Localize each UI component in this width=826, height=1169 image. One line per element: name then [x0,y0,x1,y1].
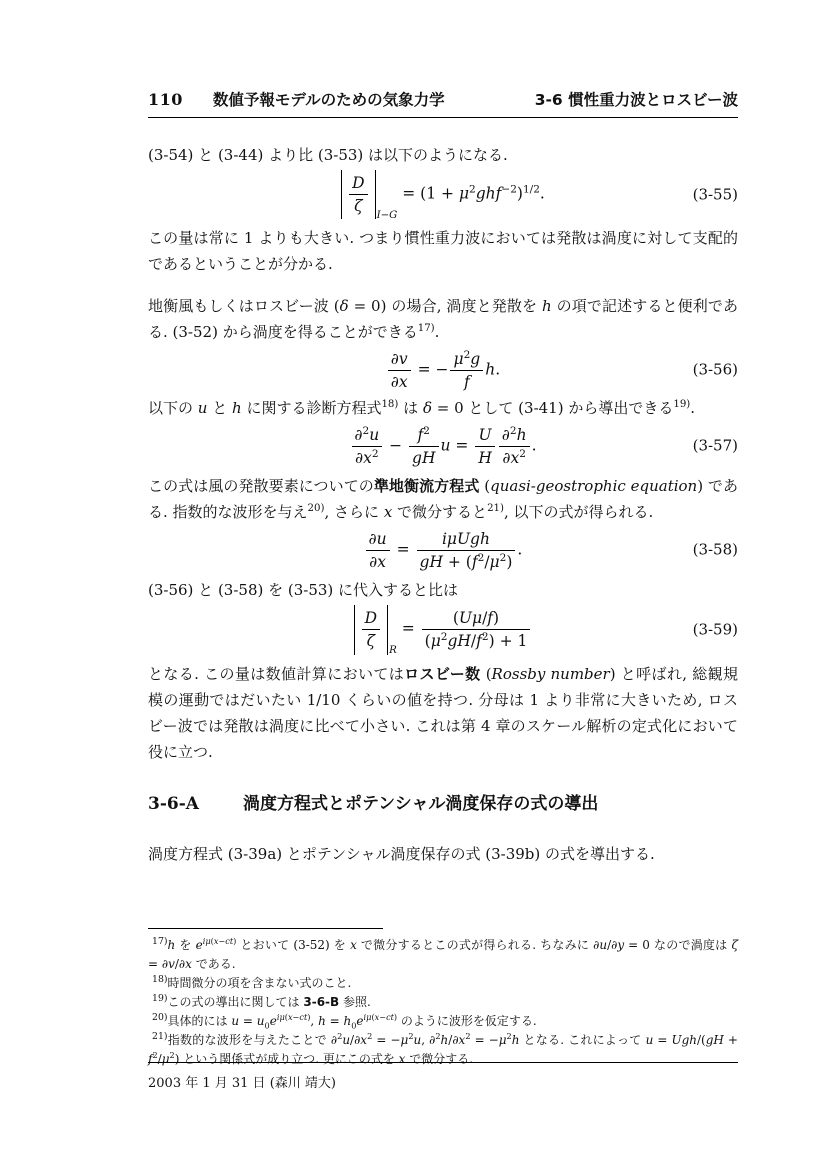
footnote-block: 17)h を eiμ(x−ct) とおいて (3-52) を x で微分するとこ… [148,928,738,1069]
equation-label: (3-59) [693,620,738,640]
running-title-left: 数値予報モデルのための気象力学 [213,88,445,110]
paragraph-divergence-dominant: この量は常に 1 よりも大きい. つまり慣性重力波においては発散は渦度に対して支… [148,225,738,277]
footnote-17: 17)h を eiμ(x−ct) とおいて (3-52) を x で微分するとこ… [148,936,738,974]
page-body: (3-54) と (3-44) より比 (3-53) は以下のようになる. Dζ… [148,142,738,867]
footnote-marker: 18) [152,974,168,985]
equation-3-58: ∂u∂x = iμUghgH + (f2/μ2). (3-58) [148,527,738,573]
footnote-20: 20)具体的には u = u0eiμ(x−ct), h = h0eiμ(x−ct… [148,1012,738,1031]
footnote-19: 19)この式の導出に関しては 3-6-B 参照. [148,993,738,1012]
paragraph-rossby-case: 地衡風もしくはロスビー波 (δ = 0) の場合, 渦度と発散を h の項で記述… [148,293,738,345]
paragraph-substitution: (3-56) と (3-58) を (3-53) に代入すると比は [148,577,738,603]
equation-math: DζI−G = (1 + μ2ghf−2)1/2. [341,170,545,219]
paragraph-rossby-number: となる. この量は数値計算においてはロスビー数 (Rossby number) … [148,661,738,765]
page-number: 110 [148,90,183,109]
equation-3-57: ∂2u∂x2 − f2gHu = UH∂2h∂x2. (3-57) [148,423,738,469]
equation-3-56: ∂v∂x = −μ2gfh. (3-56) [148,347,738,393]
section-number: 3-6-A [148,791,199,817]
paragraph-derivation-intro: 渦度方程式 (3-39a) とポテンシャル渦度保存の式 (3-39b) の式を導… [148,841,738,867]
equation-math: ∂u∂x = iμUghgH + (f2/μ2). [364,529,523,572]
footnote-marker: 17) [152,936,168,947]
equation-math: DζR = (Uμ/f)(μ2gH/f2) + 1 [354,605,533,654]
section-title: 渦度方程式とポテンシャル渦度保存の式の導出 [243,791,598,817]
page-header: 110 数値予報モデルのための気象力学 3-6 慣性重力波とロスビー波 [148,88,738,118]
equation-3-55: DζI−G = (1 + μ2ghf−2)1/2. (3-55) [148,170,738,219]
footnote-rule [148,928,383,929]
equation-label: (3-58) [693,541,738,561]
footnote-marker: 19) [152,993,168,1004]
paragraph-quasi-geostrophic: この式は風の発散要素についての準地衡流方程式 (quasi-geostrophi… [148,473,738,525]
paragraph-diagnostic-eq: 以下の u と h に関する診断方程式18) は δ = 0 として (3-41… [148,395,738,421]
equation-3-59: DζR = (Uμ/f)(μ2gH/f2) + 1 (3-59) [148,605,738,654]
page-footer: 2003 年 1 月 31 日 (森川 靖大) [148,1062,738,1091]
section-heading: 3-6-A 渦度方程式とポテンシャル渦度保存の式の導出 [148,791,738,817]
equation-label: (3-56) [693,361,738,381]
footnote-marker: 20) [152,1012,168,1023]
document-page: 110 数値予報モデルのための気象力学 3-6 慣性重力波とロスビー波 (3-5… [0,0,826,1169]
footnote-text: 時間微分の項を含まない式のこと. [168,976,352,990]
equation-label: (3-55) [693,185,738,205]
footnote-text: 具体的には u = u0eiμ(x−ct), h = h0eiμ(x−ct) の… [168,1014,537,1028]
date-author-line: 2003 年 1 月 31 日 (森川 靖大) [148,1076,336,1091]
paragraph-ratio-intro: (3-54) と (3-44) より比 (3-53) は以下のようになる. [148,142,738,168]
footnote-18: 18)時間微分の項を含まない式のこと. [148,974,738,993]
equation-math: ∂v∂x = −μ2gfh. [386,349,500,392]
footnote-text: h を eiμ(x−ct) とおいて (3-52) を x で微分するとこの式が… [148,938,738,971]
equation-math: ∂2u∂x2 − f2gHu = UH∂2h∂x2. [350,425,537,468]
equation-label: (3-57) [693,437,738,457]
footnote-marker: 21) [152,1031,168,1042]
footnote-text: この式の導出に関しては 3-6-B 参照. [168,995,371,1009]
running-title-right: 3-6 慣性重力波とロスビー波 [535,88,738,110]
